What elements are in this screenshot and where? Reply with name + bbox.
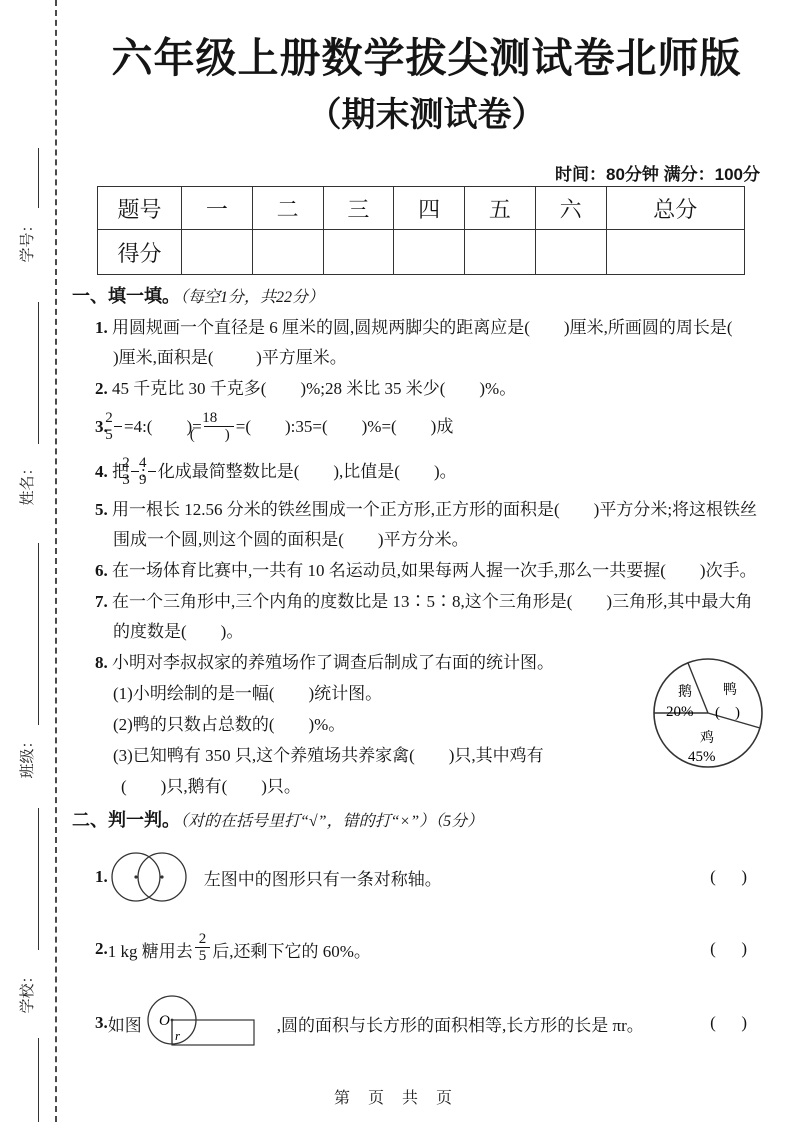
blank-line — [38, 302, 39, 444]
judge-question-1: 1. 左图中的图形只有一条对称轴。 ( ) — [72, 848, 763, 906]
question-number-header: 题号 — [98, 187, 182, 230]
class-label: 班级： — [0, 728, 54, 784]
question-4: 4. 把23:49化成最简整数比是( ),比值是( )。 — [72, 450, 763, 494]
page-subtitle: （期末测试卷） — [60, 90, 793, 140]
question-7: 7. 在一个三角形中,三个内角的度数比是 13∶5∶8,这个三角形是( )三角形… — [72, 587, 763, 647]
section1-title: 一、填一填。 — [72, 286, 180, 306]
score-cell — [465, 230, 536, 275]
section2-note: （对的在括号里打“√”，错的打“×”）（5分） — [180, 813, 483, 830]
page-footer: 第 页 共 页 — [0, 1085, 793, 1108]
pie-label-goose: 鹅 — [678, 684, 692, 700]
circle-rectangle-figure: O r — [142, 990, 277, 1056]
question-2: 2. 45 千克比 30 千克多( )%;28 米比 35 米少( )%。 — [72, 374, 763, 404]
school-label: 学校： — [0, 963, 54, 1019]
name-label: 姓名： — [0, 455, 54, 511]
fraction: 25 — [114, 410, 122, 443]
blank-line — [38, 1038, 39, 1122]
radius-label: r — [175, 1028, 181, 1043]
header: 六年级上册数学拔尖测试卷北师版 （期末测试卷） — [60, 30, 793, 140]
circle-center-label: O — [159, 1013, 170, 1029]
table-row: 得分 — [98, 230, 745, 275]
col-4: 四 — [394, 187, 465, 230]
pie-chart: 鹅 20% 鸭 ( ) 鸡 45% — [650, 654, 793, 776]
page-title: 六年级上册数学拔尖测试卷北师版 — [60, 30, 793, 86]
fraction: 23 — [131, 455, 139, 488]
col-5: 五 — [465, 187, 536, 230]
fraction: 49 — [148, 455, 156, 488]
score-cell — [535, 230, 606, 275]
fraction: 18( ) — [204, 410, 234, 443]
col-1: 一 — [182, 187, 253, 230]
test-paper-page: 学号： 姓名： 班级： 学校： 六年级上册数学拔尖测试卷北师版 （期末测试卷） … — [0, 0, 793, 1122]
score-cell — [606, 230, 745, 275]
score-cell — [394, 230, 465, 275]
score-cell — [182, 230, 253, 275]
pie-value-chicken: 45% — [688, 749, 716, 765]
judge-question-3: 3. 如图 O r ,圆的面积与长方形的面积相等,长方形的长是 πr。 ( ) — [72, 988, 763, 1058]
table-row: 题号 一 二 三 四 五 六 总分 — [98, 187, 745, 230]
pie-label-chicken: 鸡 — [700, 730, 714, 746]
question-3: 3. 25=4:( )=18( )=( ):35=( )%=( )成 — [72, 405, 763, 449]
section1-heading: 一、填一填。（每空1分，共22分） — [72, 282, 763, 312]
time-score-meta: 时间：80分钟 满分：100分 — [72, 160, 760, 185]
score-cell — [252, 230, 323, 275]
blank-line — [38, 808, 39, 950]
answer-parentheses: ( ) — [710, 1013, 747, 1033]
blank-line — [38, 543, 39, 725]
col-6: 六 — [535, 187, 606, 230]
overlapping-circles-figure — [108, 849, 204, 905]
pie-label-duck: 鸭 — [723, 682, 737, 698]
section-true-false: 二、判一判。（对的在括号里打“√”，错的打“×”）（5分） 1. 左图中的图形只… — [72, 806, 763, 1058]
col-total: 总分 — [606, 187, 745, 230]
answer-parentheses: ( ) — [710, 867, 747, 887]
section1-note: （每空1分，共22分） — [180, 289, 324, 306]
question-1: 1. 用圆规画一个直径是 6 厘米的圆,圆规两脚尖的距离应是( )厘米,所画圆的… — [72, 313, 763, 373]
col-3: 三 — [323, 187, 394, 230]
blank-line — [38, 148, 39, 208]
answer-parentheses: ( ) — [710, 939, 747, 959]
cut-dashed-line — [55, 0, 57, 1122]
question-6: 6. 在一场体育比赛中,一共有 10 名运动员,如果每两人握一次手,那么一共要握… — [72, 556, 763, 586]
score-cell — [323, 230, 394, 275]
section2-heading: 二、判一判。（对的在括号里打“√”，错的打“×”）（5分） — [72, 806, 763, 836]
judge-question-2: 2. 1 kg 糖用去 25 后,还剩下它的 60%。 ( ) — [72, 924, 763, 974]
fraction: 25 — [195, 931, 211, 964]
pie-value-goose: 20% — [666, 704, 694, 720]
section2-title: 二、判一判。 — [72, 810, 180, 830]
question-5: 5. 用一根长 12.56 分米的铁丝围成一个正方形,正方形的面积是( )平方分… — [72, 495, 763, 555]
pie-value-duck: ( ) — [715, 705, 740, 721]
student-id-label: 学号： — [0, 212, 54, 268]
question-8-sub3-cont: ( )只,鹅有( )只。 — [72, 772, 763, 802]
score-table: 题号 一 二 三 四 五 六 总分 得分 — [97, 186, 745, 275]
col-2: 二 — [252, 187, 323, 230]
score-label-cell: 得分 — [98, 230, 182, 275]
